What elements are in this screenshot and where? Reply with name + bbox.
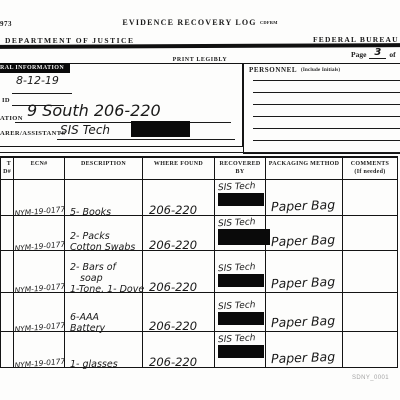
table-cell-comments bbox=[343, 180, 397, 216]
table-top-double-line bbox=[0, 152, 400, 153]
table-cell-item bbox=[1, 216, 14, 251]
table-cell-ecn: NYM-19-0177 bbox=[14, 216, 65, 251]
table-cell-comments bbox=[343, 293, 397, 332]
scanned-document-page: 973 EVIDENCE RECOVERY LOG CDFRM DEPARTME… bbox=[0, 0, 400, 400]
table-cell-packaging: Paper Bag bbox=[266, 293, 343, 332]
title-text: EVIDENCE RECOVERY LOG bbox=[122, 18, 256, 27]
table-cell-item bbox=[1, 332, 14, 368]
table-header-packaging-method: PACKAGING METHOD bbox=[266, 158, 343, 180]
preparer-value-handwritten: SIS Tech bbox=[60, 123, 110, 137]
personnel-rule-line bbox=[253, 80, 400, 81]
personnel-note: (Include Initials) bbox=[301, 68, 340, 73]
redaction-box bbox=[218, 312, 264, 325]
header-divider-rule bbox=[0, 43, 400, 48]
date-value-handwritten: 8-12-19 bbox=[16, 74, 59, 87]
table-cell-comments bbox=[343, 332, 397, 368]
table-cell-where-found: 206-220 bbox=[143, 293, 215, 332]
table-cell-recovered-by: SIS Tech bbox=[215, 180, 266, 216]
table-cell-packaging: Paper Bag bbox=[266, 332, 343, 368]
redaction-box bbox=[218, 193, 264, 206]
table-cell-recovered-by: SIS Tech bbox=[215, 293, 266, 332]
personnel-rule-line bbox=[253, 92, 400, 93]
redaction-box bbox=[131, 121, 190, 137]
table-cell-recovered-by: SIS Tech bbox=[215, 216, 266, 251]
personnel-rule-line bbox=[253, 128, 400, 129]
bates-stamp: SDNY_0001 bbox=[352, 375, 389, 381]
table-header-description: DESCRIPTION bbox=[65, 158, 143, 180]
table-cell-packaging: Paper Bag bbox=[266, 180, 343, 216]
table-cell-where-found: 206-220 bbox=[143, 216, 215, 251]
location-value-handwritten: 9 South 206-220 bbox=[27, 101, 161, 120]
table-header-recovered-by: RECOVERED BY bbox=[215, 158, 266, 180]
table-cell-recovered-by: SIS Tech bbox=[215, 332, 266, 368]
personnel-box: PERSONNEL (Include Initials) bbox=[243, 63, 400, 154]
table-cell-recovered-by: SIS Tech bbox=[215, 251, 266, 293]
table-cell-ecn: NYM-19-0177 bbox=[14, 180, 65, 216]
table-cell-description: 1- glasses bbox=[65, 332, 143, 368]
personnel-header: PERSONNEL bbox=[249, 66, 297, 74]
table-cell-where-found: 206-220 bbox=[143, 180, 215, 216]
id-label-fragment: ID bbox=[2, 97, 10, 104]
preparer-underline bbox=[57, 139, 235, 140]
title-suffix: CDFRM bbox=[260, 20, 278, 25]
general-information-header: RAL INFORMATION bbox=[0, 63, 70, 73]
document-title: EVIDENCE RECOVERY LOG CDFRM bbox=[0, 18, 400, 27]
table-cell-ecn: NYM-19-0177 bbox=[14, 251, 65, 293]
location-underline bbox=[15, 122, 231, 123]
redaction-box bbox=[218, 274, 264, 287]
table-cell-comments bbox=[343, 251, 397, 293]
evidence-table: T D# ECN# DESCRIPTION WHERE FOUND RECOVE… bbox=[0, 156, 398, 368]
table-header-where-found: WHERE FOUND bbox=[143, 158, 215, 180]
general-information-box: RAL INFORMATION 8-12-19 ID ATION 9 South… bbox=[0, 63, 243, 147]
table-cell-description: 6-AAABattery bbox=[65, 293, 143, 332]
table-cell-packaging: Paper Bag bbox=[266, 216, 343, 251]
table-cell-description: 2- Bars ofsoap1-Tone, 1- Dove bbox=[65, 251, 143, 293]
redaction-box bbox=[218, 229, 270, 245]
location-label-fragment: ATION bbox=[0, 115, 23, 122]
redaction-box bbox=[218, 345, 264, 358]
table-cell-description: 2- PacksCotton Swabs bbox=[65, 216, 143, 251]
date-underline bbox=[12, 93, 72, 94]
table-header-ecn: ECN# bbox=[14, 158, 65, 180]
table-cell-item bbox=[1, 293, 14, 332]
table-cell-item bbox=[1, 180, 14, 216]
table-cell-comments bbox=[343, 216, 397, 251]
table-cell-ecn: NYM-19-0177 bbox=[14, 293, 65, 332]
personnel-rule-line bbox=[253, 140, 400, 141]
table-header-comments: COMMENTS (If needed) bbox=[343, 158, 397, 180]
table-cell-packaging: Paper Bag bbox=[266, 251, 343, 293]
table-cell-description: 5- Books bbox=[65, 180, 143, 216]
table-cell-ecn: NYM-19-0177 bbox=[14, 332, 65, 368]
table-header-item-fragment: T D# bbox=[1, 158, 14, 180]
preparer-label-fragment: ARER/ASSISTANTS bbox=[0, 130, 65, 137]
table-cell-item bbox=[1, 251, 14, 293]
table-cell-where-found: 206-220 bbox=[143, 332, 215, 368]
personnel-rule-line bbox=[253, 116, 400, 117]
table-cell-where-found: 206-220 bbox=[143, 251, 215, 293]
personnel-rule-line bbox=[253, 104, 400, 105]
